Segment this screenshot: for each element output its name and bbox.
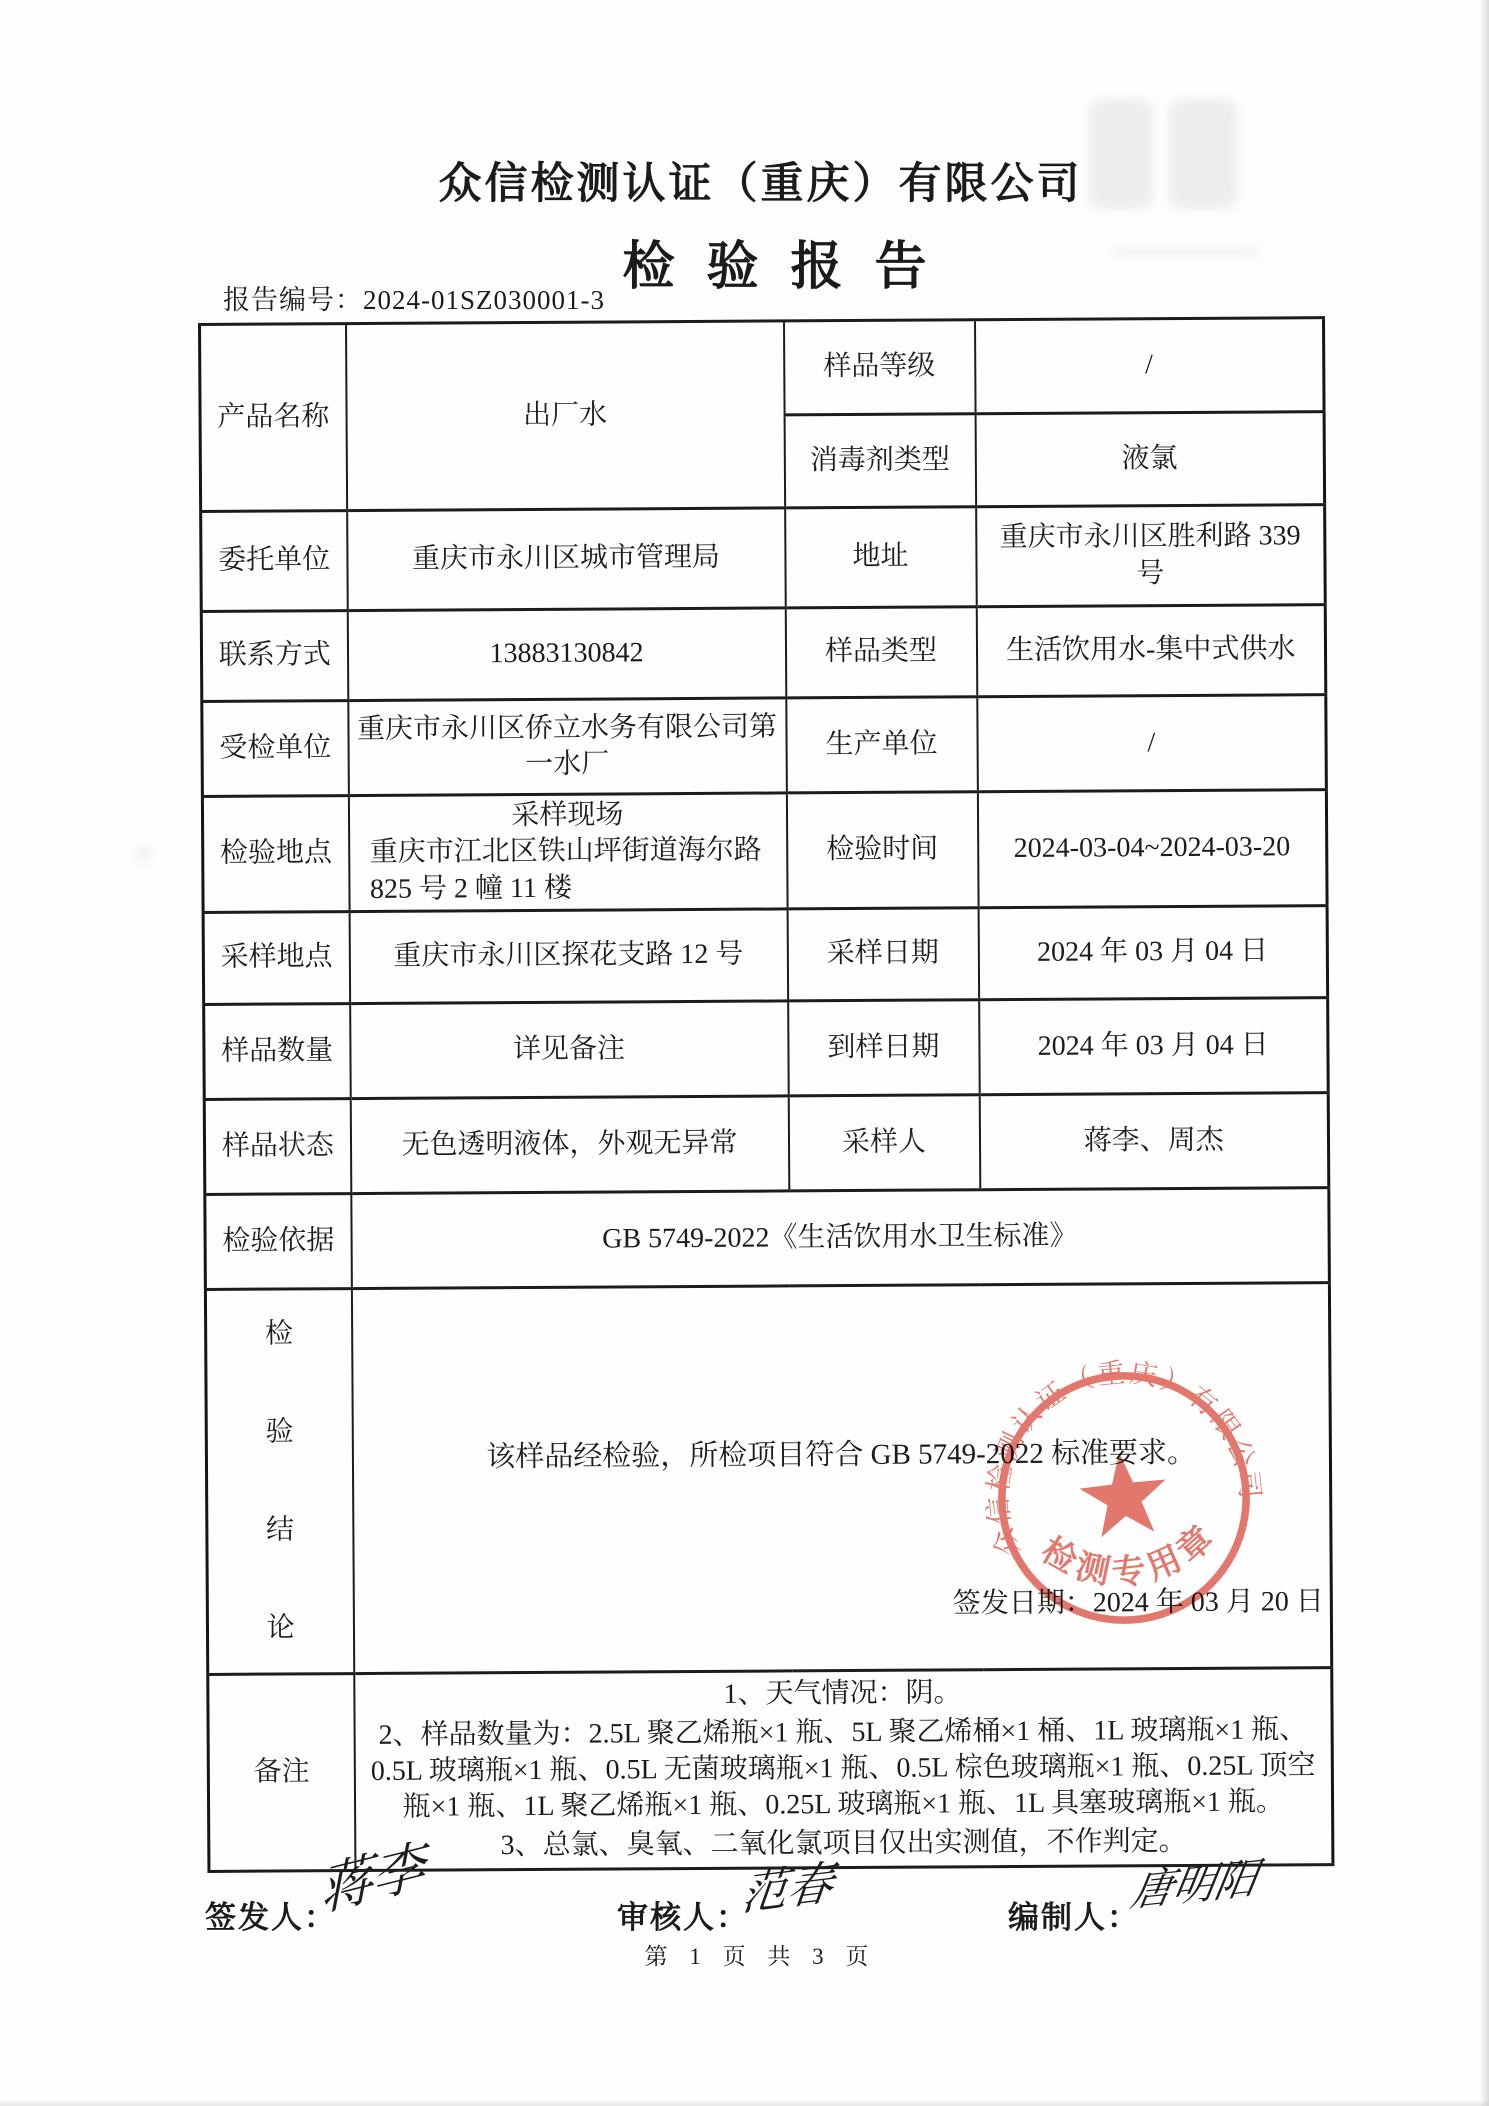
disinfectant-type-value: 液氯 [975,412,1325,507]
table-row: 检验依据 GB 5749-2022《生活饮用水卫生标准》 [205,1188,1330,1290]
sampler-value: 蒋李、周杰 [979,1093,1329,1190]
page-number: 第 1 页 共 3 页 [32,1938,1489,1971]
inspection-time-label: 检验时间 [786,792,978,909]
sample-grade-value: / [974,318,1324,414]
conclusion-label-vertical: 检 验 结 论 [213,1292,347,1671]
client-value: 重庆市永川区城市管理局 [347,508,786,611]
inspection-place-line2: 重庆市江北区铁山坪街道海尔路 [356,833,780,872]
conclusion-char: 论 [267,1610,295,1647]
remark-line: 1、天气情况：阴。 [361,1673,1325,1715]
table-row: 检 验 结 论 该样品经检验，所检项目符合 GB 5749-2022 标准要求。… [205,1283,1331,1675]
report-number: 报告编号：2024-01SZ030001-3 [223,278,605,317]
table-row: 委托单位 重庆市永川区城市管理局 地址 重庆市永川区胜利路 339 号 [201,505,1326,612]
inspection-basis-label: 检验依据 [205,1194,352,1290]
sampling-date-value: 2024 年 03 月 04 日 [978,906,1328,1000]
reviewer-signature: 范春 [738,1846,838,1925]
scan-smudge [136,844,150,864]
inspected-unit-label: 受检单位 [202,701,349,797]
scan-edge-shadow [1480,0,1489,2106]
inspection-place-line1: 采样现场 [355,796,779,835]
remark-line: 2、样品数量为：2.5L 聚乙烯瓶×1 瓶、5L 聚乙烯桶×1 桶、1L 玻璃瓶… [361,1712,1325,1827]
sample-grade-label: 样品等级 [783,320,975,415]
table-row: 样品数量 详见备注 到样日期 2024 年 03 月 04 日 [204,998,1329,1100]
inspection-place-value: 采样现场 重庆市江北区铁山坪街道海尔路 825 号 2 幢 11 楼 [348,793,787,912]
address-value: 重庆市永川区胜利路 339 号 [976,505,1326,607]
remarks-value: 1、天气情况：阴。 2、样品数量为：2.5L 聚乙烯瓶×1 瓶、5L 聚乙烯桶×… [354,1668,1333,1871]
sampling-place-label: 采样地点 [203,912,350,1005]
inspection-place-label: 检验地点 [202,796,349,913]
client-label: 委托单位 [201,511,348,612]
sample-state-value: 无色透明液体，外观无异常 [350,1096,789,1194]
inspected-unit-value: 重庆市永川区侨立水务有限公司第一水厂 [348,698,787,796]
table-row: 采样地点 重庆市永川区探花支路 12 号 采样日期 2024 年 03 月 04… [203,906,1328,1005]
sample-type-value: 生活饮用水-集中式供水 [976,605,1326,697]
table-row: 联系方式 13883130842 样品类型 生活饮用水-集中式供水 [201,605,1326,702]
issue-date: 签发日期：2024 年 03 月 20 日 [953,1584,1324,1623]
conclusion-label: 检 验 结 论 [205,1289,353,1675]
inspection-time-value: 2024-03-04~2024-03-20 [977,790,1327,908]
product-name-value: 出厂水 [346,321,785,511]
contact-value: 13883130842 [347,608,786,701]
sample-quantity-value: 详见备注 [350,1001,789,1099]
report-number-label: 报告编号： [223,285,363,315]
producer-label: 生产单位 [786,697,978,793]
address-label: 地址 [785,507,977,608]
table-row: 产品名称 出厂水 样品等级 / [200,318,1325,419]
sample-quantity-label: 样品数量 [204,1004,351,1100]
contact-label: 联系方式 [201,611,348,702]
inspection-report-page: 众信检测认证（重庆）有限公司 检验报告 报告编号：2024-01SZ030001… [0,0,1489,2106]
report-number-value: 2024-01SZ030001-3 [363,285,605,315]
reviewer-label: 审核人： [617,1892,749,1937]
table-row: 样品状态 无色透明液体，外观无异常 采样人 蒋李、周杰 [204,1093,1329,1195]
sampling-place-value: 重庆市永川区探花支路 12 号 [349,909,788,1004]
inspection-basis-value: GB 5749-2022《生活饮用水卫生标准》 [351,1188,1330,1289]
sample-type-label: 样品类型 [785,607,977,698]
conclusion-text: 该样品经检验，所检项目符合 GB 5749-2022 标准要求。 [353,1434,1329,1478]
preparer-signature: 唐明阳 [1127,1845,1263,1920]
issuer-label: 签发人： [205,1892,337,1937]
conclusion-char: 检 [265,1317,293,1354]
scan-edge-shadow [0,2099,1489,2106]
product-name-label: 产品名称 [200,324,347,512]
table-row: 检验地点 采样现场 重庆市江北区铁山坪街道海尔路 825 号 2 幢 11 楼 … [202,790,1327,913]
preparer-label: 编制人： [1008,1892,1140,1937]
sample-state-label: 样品状态 [204,1099,351,1195]
disinfectant-type-label: 消毒剂类型 [784,414,976,508]
inspection-place-line3: 825 号 2 幢 11 楼 [356,869,780,908]
producer-value: / [977,695,1327,792]
arrival-date-value: 2024 年 03 月 04 日 [979,998,1329,1095]
arrival-date-label: 到样日期 [788,1000,980,1096]
table-row: 受检单位 重庆市永川区侨立水务有限公司第一水厂 生产单位 / [202,695,1327,797]
remarks-label: 备注 [208,1674,355,1872]
conclusion-cell: 该样品经检验，所检项目符合 GB 5749-2022 标准要求。 签发日期：20… [351,1283,1331,1674]
company-name: 众信检测认证（重庆）有限公司 [32,150,1489,211]
sampling-date-label: 采样日期 [787,908,979,1001]
conclusion-char: 结 [266,1512,294,1549]
conclusion-char: 验 [265,1414,293,1451]
sampler-label: 采样人 [788,1095,980,1191]
report-info-table: 产品名称 出厂水 样品等级 / 消毒剂类型 液氯 委托单位 重庆市永川区城市管理… [198,316,1334,1873]
